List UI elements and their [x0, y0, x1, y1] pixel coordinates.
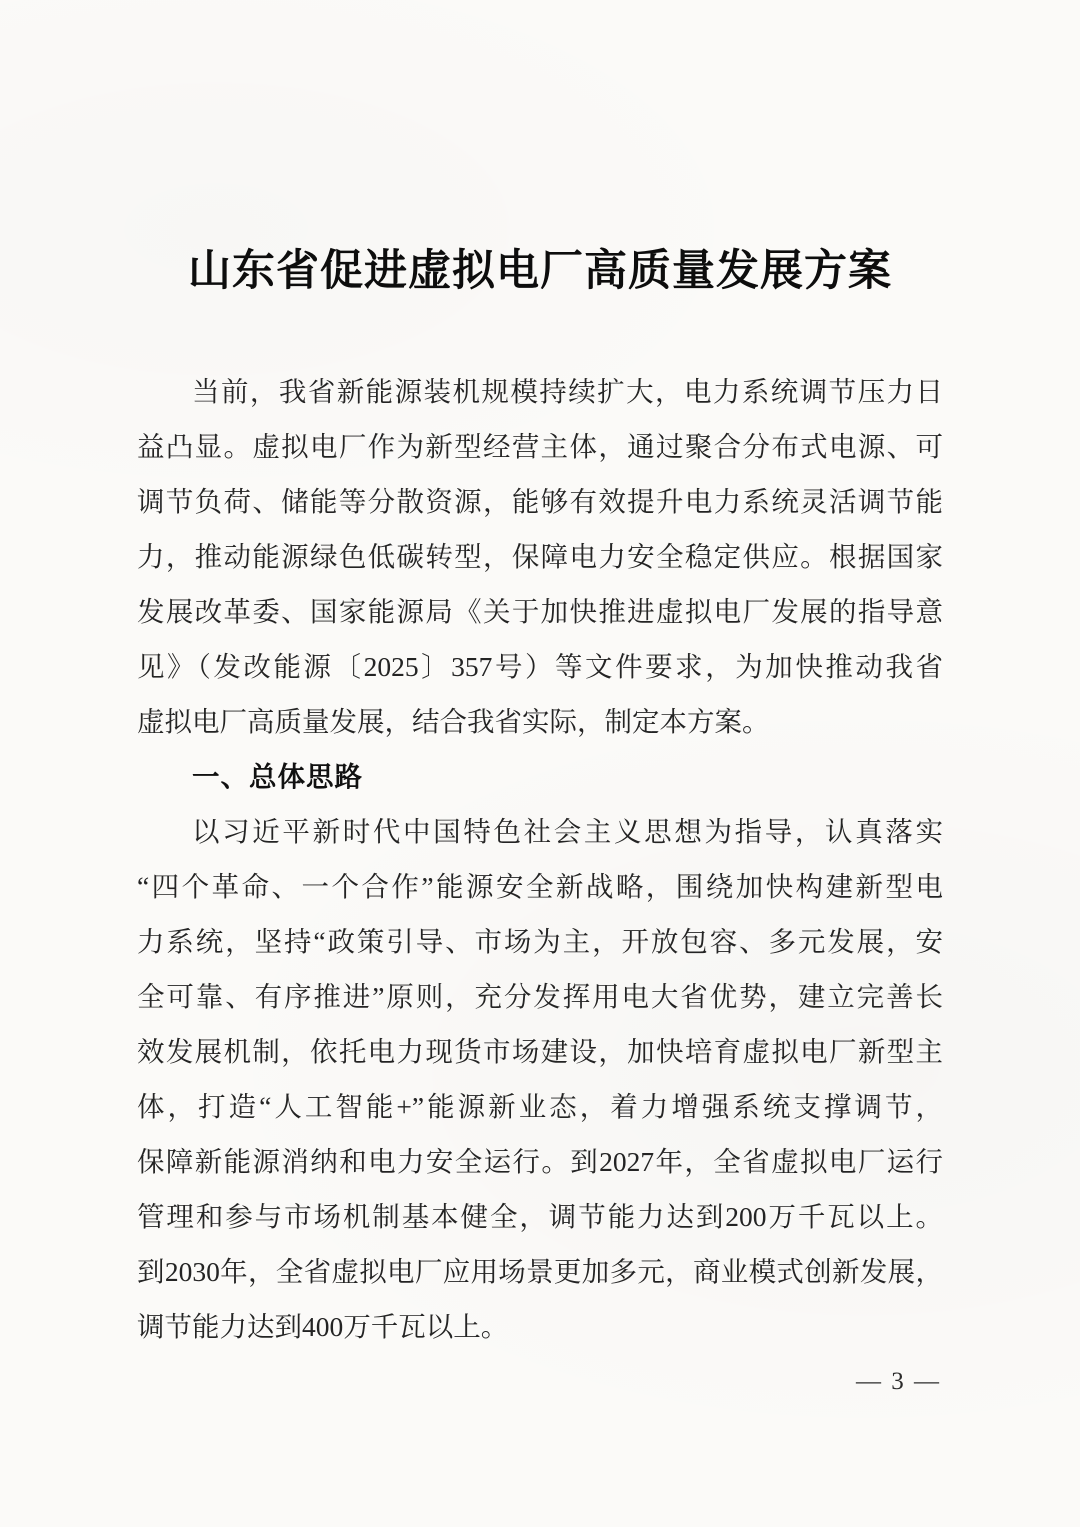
text-line: 管理和参与市场机制基本健全，调节能力达到200万千瓦以上。 — [137, 1189, 943, 1244]
text-line: “四个革命、一个合作”能源安全新战略，围绕加快构建新型电 — [137, 859, 943, 914]
text-line: 到2030年，全省虚拟电厂应用场景更加多元，商业模式创新发展， — [137, 1244, 943, 1299]
text-line: 全可靠、有序推进”原则，充分发挥用电大省优势，建立完善长 — [137, 969, 943, 1024]
document-title: 山东省促进虚拟电厂高质量发展方案 — [0, 247, 1080, 296]
text-line: 调节负荷、储能等分散资源，能够有效提升电力系统灵活调节能 — [137, 474, 943, 529]
paragraph-overall-approach: 以习近平新时代中国特色社会主义思想为指导，认真落实“四个革命、一个合作”能源安全… — [137, 804, 943, 1354]
section-heading-overall-approach: 一、总体思路 — [137, 749, 943, 804]
text-line: 发展改革委、国家能源局《关于加快推进虚拟电厂发展的指导意 — [137, 584, 943, 639]
text-line: 调节能力达到400万千瓦以上。 — [137, 1299, 943, 1354]
text-line: 效发展机制，依托电力现货市场建设，加快培育虚拟电厂新型主 — [137, 1024, 943, 1079]
text-line: 力系统，坚持“政策引导、市场为主，开放包容、多元发展，安 — [137, 914, 943, 969]
text-line: 虚拟电厂高质量发展，结合我省实际，制定本方案。 — [137, 694, 943, 749]
paragraph-intro: 当前，我省新能源装机规模持续扩大，电力系统调节压力日益凸显。虚拟电厂作为新型经营… — [137, 364, 943, 749]
text-line: 当前，我省新能源装机规模持续扩大，电力系统调节压力日 — [137, 364, 943, 419]
text-line: 益凸显。虚拟电厂作为新型经营主体，通过聚合分布式电源、可 — [137, 419, 943, 474]
document-page: 山东省促进虚拟电厂高质量发展方案 当前，我省新能源装机规模持续扩大，电力系统调节… — [0, 0, 1080, 1527]
text-line: 力，推动能源绿色低碳转型，保障电力安全稳定供应。根据国家 — [137, 529, 943, 584]
document-body: 当前，我省新能源装机规模持续扩大，电力系统调节压力日益凸显。虚拟电厂作为新型经营… — [137, 364, 943, 1354]
text-line: 体，打造“人工智能+”能源新业态，着力增强系统支撑调节， — [137, 1079, 943, 1134]
text-line: 保障新能源消纳和电力安全运行。到2027年，全省虚拟电厂运行 — [137, 1134, 943, 1189]
text-line: 见》（发改能源〔2025〕357号）等文件要求，为加快推动我省 — [137, 639, 943, 694]
text-line: 以习近平新时代中国特色社会主义思想为指导，认真落实 — [137, 804, 943, 859]
page-number: — 3 — — [856, 1368, 941, 1396]
